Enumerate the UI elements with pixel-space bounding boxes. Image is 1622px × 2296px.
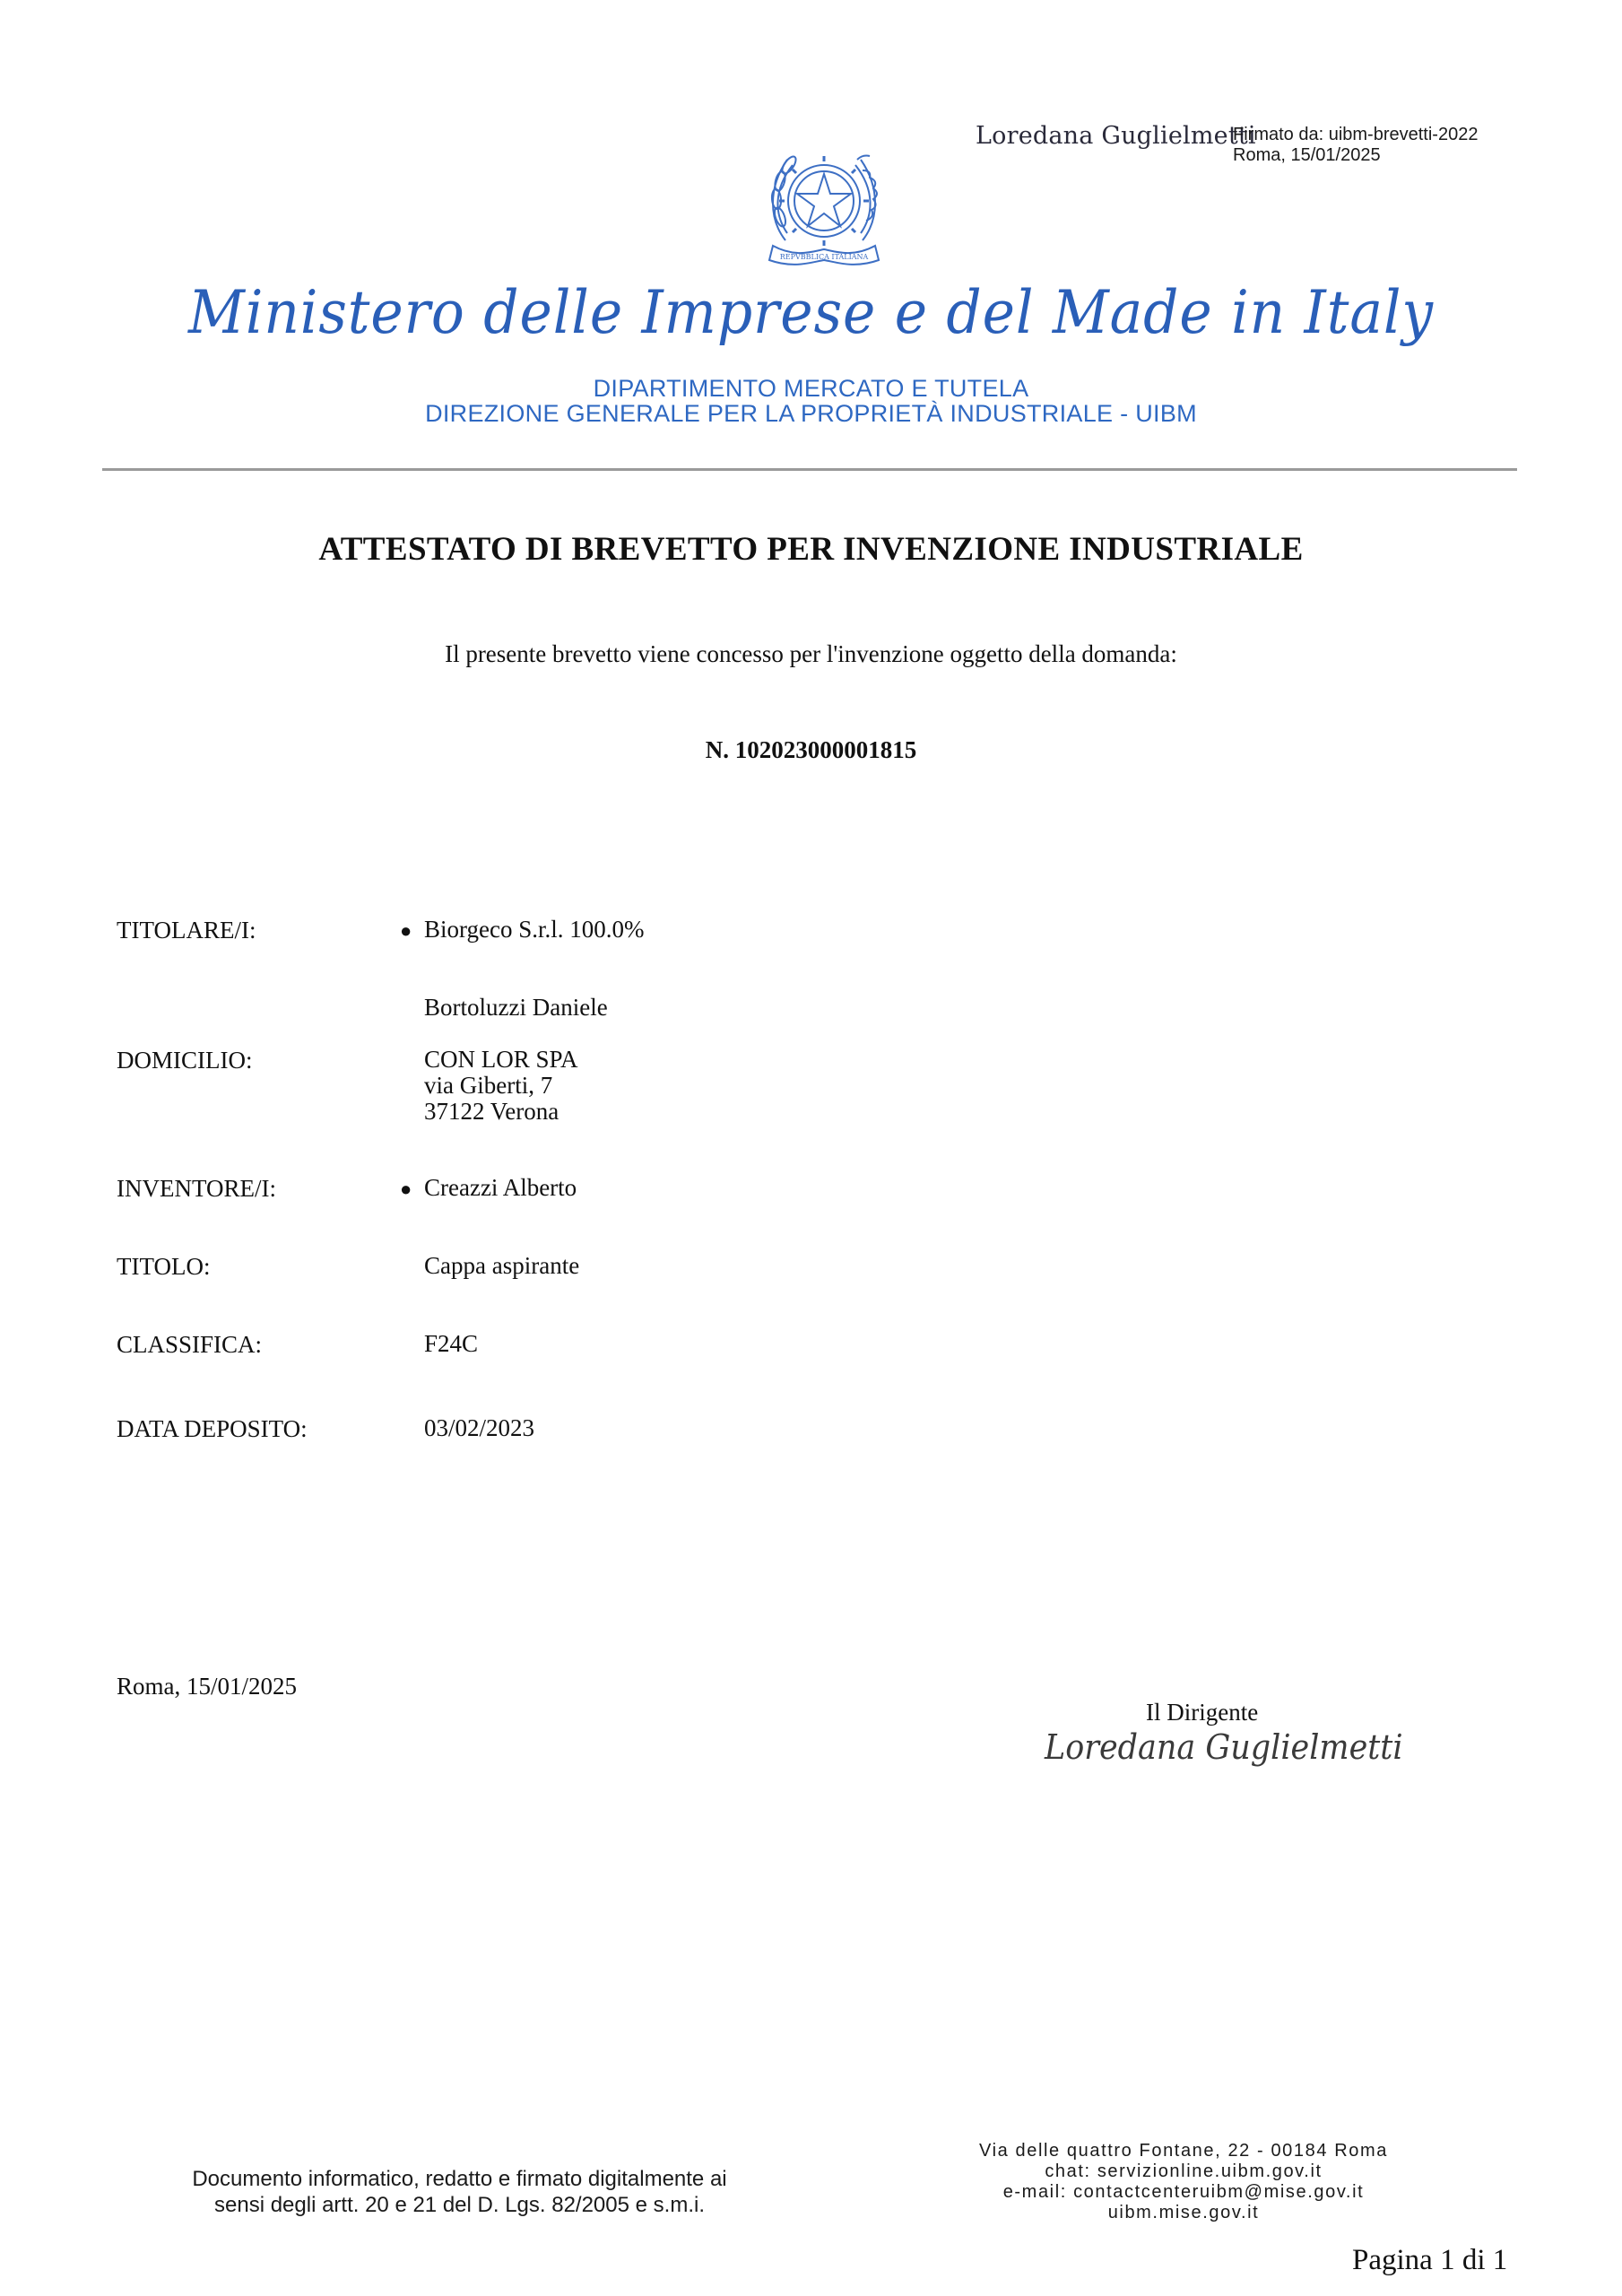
document-title: ATTESTATO DI BREVETTO PER INVENZIONE IND…	[0, 530, 1622, 569]
signer-role: Il Dirigente	[1146, 1699, 1258, 1726]
repubblica-italiana-emblem-icon: REPVBBLICA ITALIANA	[760, 135, 888, 271]
domicile-attention: Bortoluzzi Daniele	[424, 995, 608, 1021]
issue-place-date: Roma, 15/01/2025	[117, 1673, 297, 1700]
digital-signature-info: Firmato da: uibm-brevetti-2022 Roma, 15/…	[1233, 125, 1478, 166]
signature-place-date: Roma, 15/01/2025	[1233, 145, 1478, 166]
ministry-name: Ministero delle Imprese e del Made in It…	[56, 278, 1565, 347]
domicile-line: via Giberti, 7	[424, 1073, 578, 1099]
classification-value: F24C	[424, 1331, 478, 1357]
domicile-label: DOMICILIO:	[117, 1047, 252, 1074]
signer-signature: Loredana Guglielmetti	[1045, 1727, 1403, 1767]
inventor-item: Creazzi Alberto	[424, 1175, 577, 1201]
patent-number: N. 102023000001815	[0, 736, 1622, 764]
legal-note-line: sensi degli artt. 20 e 21 del D. Lgs. 82…	[112, 2192, 807, 2218]
legal-note-line: Documento informatico, redatto e firmato…	[112, 2166, 807, 2192]
svg-text:REPVBBLICA ITALIANA: REPVBBLICA ITALIANA	[780, 253, 869, 261]
holders-label: TITOLARE/I:	[117, 917, 256, 944]
inventors-label: INVENTORE/I:	[117, 1175, 276, 1203]
page-indicator: Pagina 1 di 1	[1352, 2244, 1507, 2277]
legal-note: Documento informatico, redatto e firmato…	[112, 2166, 807, 2218]
domicile-line: CON LOR SPA	[424, 1047, 578, 1073]
title-value: Cappa aspirante	[424, 1253, 579, 1279]
bullet-icon: ●	[400, 1178, 412, 1201]
contact-info: Via delle quattro Fontane, 22 - 00184 Ro…	[924, 2141, 1444, 2223]
domicile-line: 37122 Verona	[424, 1099, 578, 1125]
document-intro: Il presente brevetto viene concesso per …	[0, 640, 1622, 668]
department-name: DIPARTIMENTO MERCATO E TUTELA	[0, 375, 1622, 403]
holder-item: Biorgeco S.r.l. 100.0%	[424, 917, 645, 943]
title-label: TITOLO:	[117, 1253, 210, 1281]
digital-signature-name: Loredana Guglielmetti	[976, 122, 1256, 150]
contact-website: uibm.mise.gov.it	[924, 2203, 1444, 2223]
domicile-address: CON LOR SPA via Giberti, 7 37122 Verona	[424, 1047, 578, 1125]
header-separator	[102, 468, 1517, 471]
bullet-icon: ●	[400, 919, 412, 943]
contact-email: e-mail: contactcenteruibm@mise.gov.it	[924, 2182, 1444, 2203]
directorate-name: DIREZIONE GENERALE PER LA PROPRIETÀ INDU…	[0, 400, 1622, 428]
classification-label: CLASSIFICA:	[117, 1331, 262, 1359]
filing-date-label: DATA DEPOSITO:	[117, 1415, 308, 1443]
signed-by: Firmato da: uibm-brevetti-2022	[1233, 125, 1478, 145]
filing-date-value: 03/02/2023	[424, 1415, 534, 1441]
contact-address: Via delle quattro Fontane, 22 - 00184 Ro…	[924, 2141, 1444, 2161]
contact-chat: chat: servizionline.uibm.gov.it	[924, 2161, 1444, 2182]
